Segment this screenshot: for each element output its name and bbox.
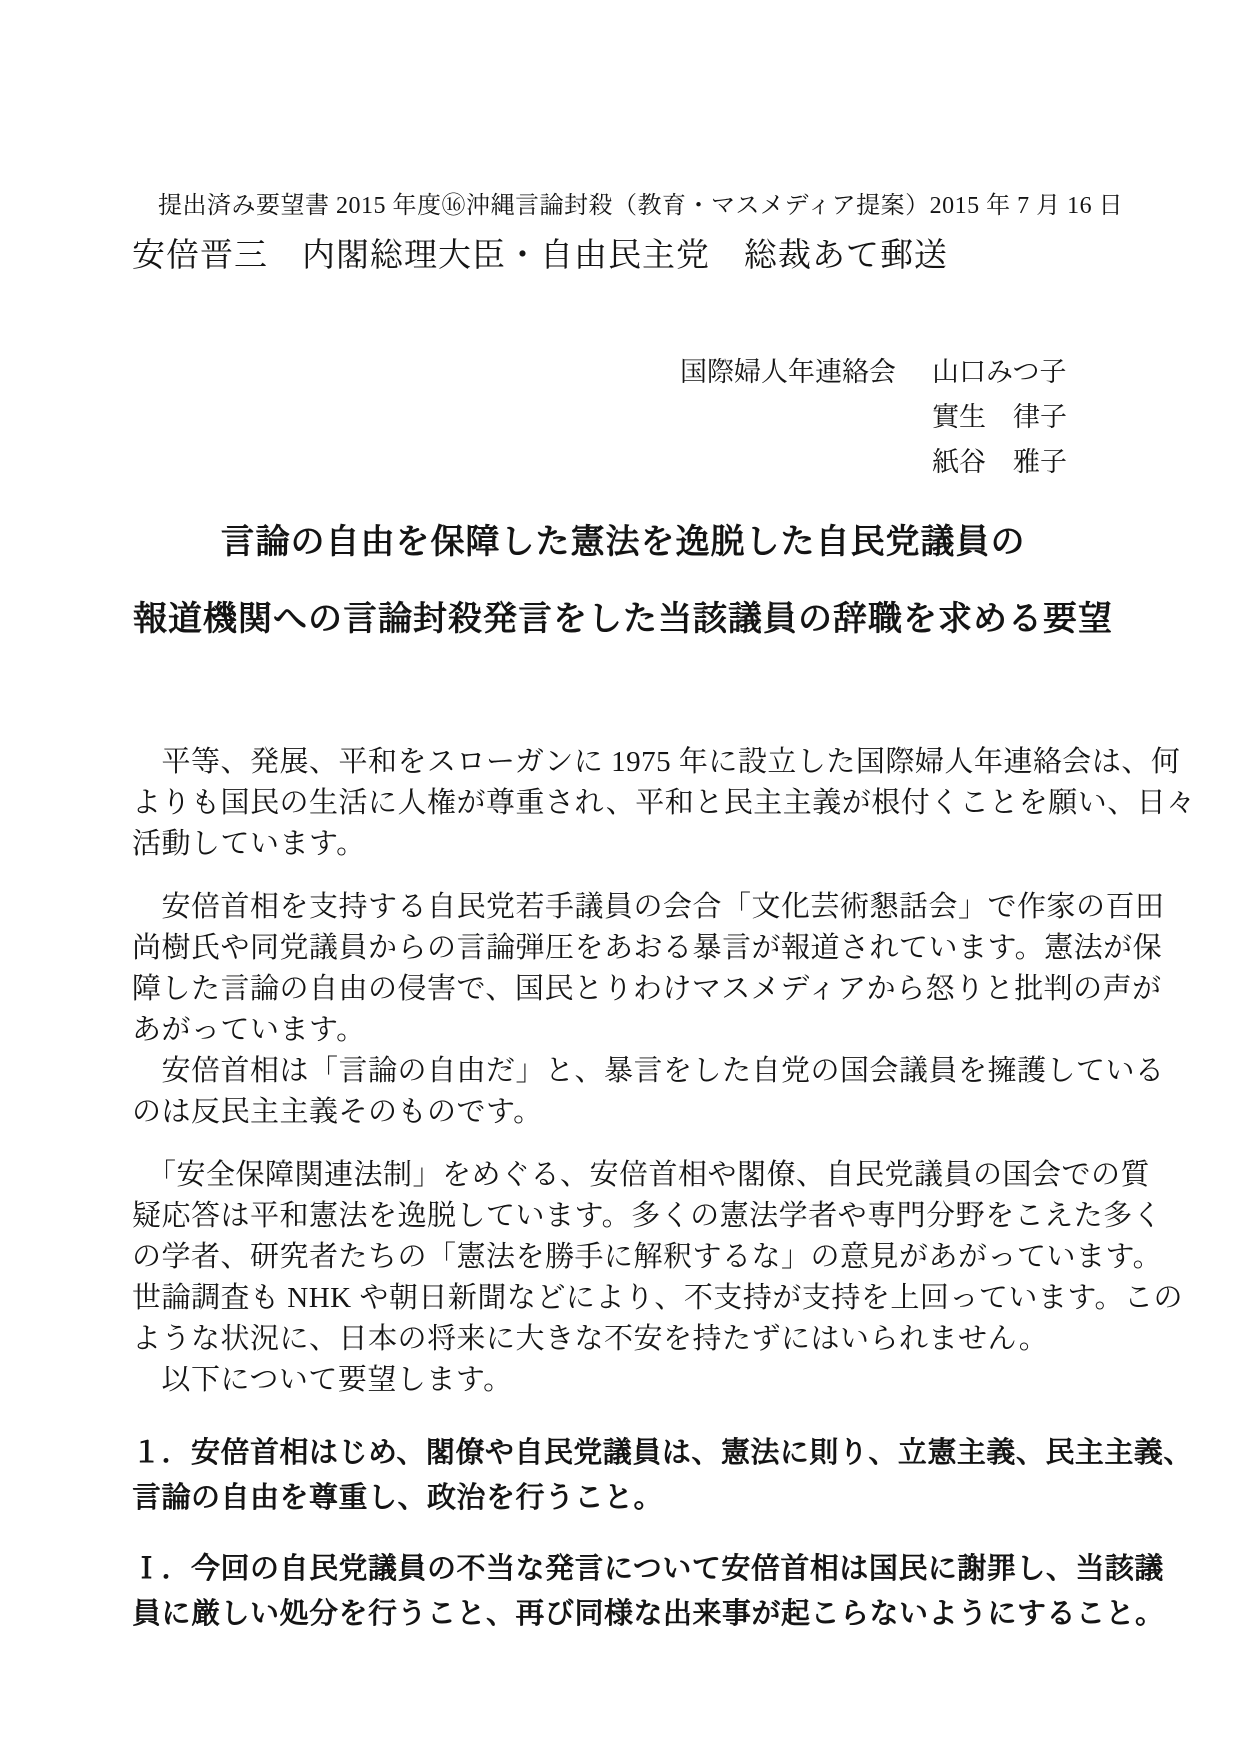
demand-line: 言論の自由を尊重し、政治を行うこと。 (132, 1476, 1114, 1521)
sender-org-spacer (680, 440, 932, 485)
document-body: 平等、発展、平和をスローガンに 1975 年に設立した国際婦人年連絡会は、何 よ… (132, 742, 1114, 1637)
body-line: あがっています。 (132, 1010, 1114, 1051)
demand-line: Ｉ．今回の自民党議員の不当な発言について安倍首相は国民に謝罪し、当該議 (132, 1547, 1114, 1592)
sender-member-3: 紙谷 雅子 (932, 440, 1067, 485)
body-line: の学者、研究者たちの「憲法を勝手に解釈するな」の意見があがっています。 (132, 1237, 1114, 1278)
sender-member-1: 山口みつ子 (932, 350, 1066, 395)
addressee-line: 安倍晋三 内閣総理大臣・自由民主党 総裁あて郵送 (132, 234, 1114, 278)
body-line: ような状況に、日本の将来に大きな不安を持たずにはいられません。 (132, 1319, 1114, 1360)
body-line: 尚樹氏や同党議員からの言論弾圧をあおる暴言が報道されています。憲法が保 (132, 928, 1114, 969)
body-line: 平等、発展、平和をスローガンに 1975 年に設立した国際婦人年連絡会は、何 (132, 742, 1114, 783)
demand-line: １．安倍首相はじめ、閣僚や自民党議員は、憲法に則り、立憲主義、民主主義、 (132, 1431, 1114, 1476)
sender-row: 国際婦人年連絡会 山口みつ子 (680, 350, 1114, 395)
paragraph-2: 安倍首相を支持する自民党若手議員の会合「文化芸術懇話会」で作家の百田 尚樹氏や同… (132, 887, 1114, 1133)
body-line: 世論調査も NHK や朝日新聞などにより、不支持が支持を上回っています。この (132, 1278, 1114, 1319)
body-line: 安倍首相は「言論の自由だ」と、暴言をした自党の国会議員を擁護している (132, 1051, 1114, 1092)
sender-row: 實生 律子 (680, 395, 1114, 440)
paragraph-3: 「安全保障関連法制」をめぐる、安倍首相や閣僚、自民党議員の国会での質 疑応答は平… (132, 1155, 1114, 1401)
sender-block: 国際婦人年連絡会 山口みつ子 實生 律子 紙谷 雅子 (680, 350, 1114, 485)
body-line: よりも国民の生活に人権が尊重され、平和と民主主義が根付くことを願い、日々 (132, 783, 1114, 824)
demand-item-1: １．安倍首相はじめ、閣僚や自民党議員は、憲法に則り、立憲主義、民主主義、 言論の… (132, 1431, 1114, 1521)
body-line: 活動しています。 (132, 824, 1114, 865)
header-note: 提出済み要望書 2015 年度⑯沖縄言論封殺（教育・マスメディア提案）2015 … (158, 190, 1114, 222)
demand-line: 員に厳しい処分を行うこと、再び同様な出来事が起こらないようにすること。 (132, 1592, 1114, 1637)
sender-row: 紙谷 雅子 (680, 440, 1114, 485)
body-line: 安倍首相を支持する自民党若手議員の会合「文化芸術懇話会」で作家の百田 (132, 887, 1114, 928)
body-line: 障した言論の自由の侵害で、国民とりわけマスメディアから怒りと批判の声が (132, 969, 1114, 1010)
body-line: 以下について要望します。 (132, 1360, 1114, 1401)
sender-org-spacer (680, 395, 932, 440)
demand-item-2: Ｉ．今回の自民党議員の不当な発言について安倍首相は国民に謝罪し、当該議 員に厳し… (132, 1547, 1114, 1637)
paragraph-1: 平等、発展、平和をスローガンに 1975 年に設立した国際婦人年連絡会は、何 よ… (132, 742, 1114, 865)
document-title-line-2: 報道機関への言論封殺発言をした当該議員の辞職を求める要望 (132, 596, 1114, 642)
body-line: 疑応答は平和憲法を逸脱しています。多くの憲法学者や専門分野をこえた多く (132, 1196, 1114, 1237)
document-page: 提出済み要望書 2015 年度⑯沖縄言論封殺（教育・マスメディア提案）2015 … (0, 0, 1240, 1754)
sender-member-2: 實生 律子 (932, 395, 1067, 440)
sender-organization: 国際婦人年連絡会 (680, 350, 932, 395)
document-title-line-1: 言論の自由を保障した憲法を逸脱した自民党議員の (132, 519, 1114, 565)
body-line: 「安全保障関連法制」をめぐる、安倍首相や閣僚、自民党議員の国会での質 (132, 1155, 1114, 1196)
document-title: 言論の自由を保障した憲法を逸脱した自民党議員の 報道機関への言論封殺発言をした当… (132, 519, 1114, 642)
body-line: のは反民主主義そのものです。 (132, 1092, 1114, 1133)
